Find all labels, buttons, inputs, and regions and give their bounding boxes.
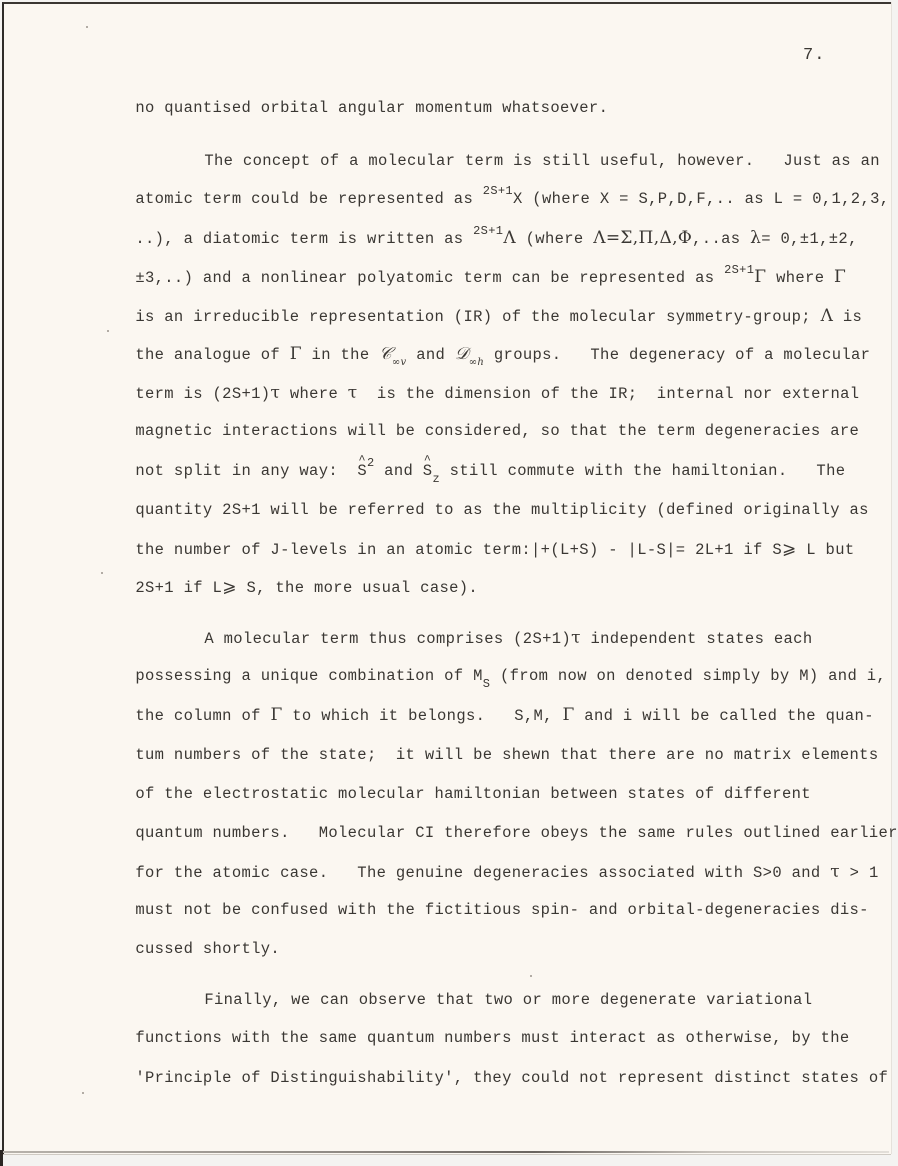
text-span: = 0,±1,±2, [761,230,858,248]
text-line: The concept of a molecular term is still… [185,131,880,171]
page-bottom-edge [2,1151,889,1153]
text-line: Finally, we can observe that two or more… [185,970,812,1010]
text-span: 'Principle of Distinguishability', they … [135,1069,888,1087]
gamma-symbol: Γ [834,267,846,287]
text-span: quantum numbers. Molecular CI therefore … [135,824,897,842]
text-span: of the electrostatic molecular hamiltoni… [135,785,811,803]
text-line: ..), a diatomic term is written as 2S+1Λ… [116,208,858,250]
text-line: the analogue of Γ in the 𝒞∞v and 𝒟∞h gro… [116,324,870,367]
greater-equal-symbol: ⩾ [222,577,237,597]
text-span: X (where X = S,P,D,F,.. as L = 0,1,2,3, [513,190,889,208]
superscript: 2S+1 [483,184,513,198]
text-span: The concept of a molecular term is still… [204,152,880,170]
text-line: of the electrostatic molecular hamiltoni… [116,764,811,804]
paper-speck [530,975,532,977]
text-span: still commute with the hamiltonian. The [440,462,845,480]
s-hat-operator: S [423,461,433,481]
gamma-symbol: Γ [290,344,302,364]
text-span: functions with the same quantum numbers … [135,1029,849,1047]
text-span: ±3,..) and a nonlinear polyatomic term c… [135,269,724,287]
text-span: ,..as [692,230,750,248]
text-span: the analogue of [135,346,289,364]
text-span: ..), a diatomic term is written as [135,230,473,248]
text-line: quantum numbers. Molecular CI therefore … [116,803,898,843]
text-span: tum numbers of the state; it will be she… [135,746,878,764]
text-line: 2S+1 if L⩾ S, the more usual case). [116,557,478,598]
d-infinity-h-group-symbol: 𝒟 [455,344,469,364]
text-span: not split in any way: [135,462,357,480]
greater-equal-symbol: ⩾ [782,539,797,559]
tau-symbol: τ [830,862,840,882]
text-line: functions with the same quantum numbers … [116,1008,850,1048]
text-span: quantity 2S+1 will be referred to as the… [135,501,869,519]
text-span: possessing a unique combination of M [135,667,482,685]
lambda-lower-symbol: λ [750,228,761,248]
text-line: magnetic interactions will be considered… [116,401,859,441]
text-span: must not be confused with the fictitious… [135,901,869,919]
text-span: and [375,462,423,480]
text-span: and [407,346,455,364]
text-line: ±3,..) and a nonlinear polyatomic term c… [116,247,846,289]
tau-symbol: τ [571,628,581,648]
text-line: 'Principle of Distinguishability', they … [116,1048,888,1088]
paper-speck [86,26,88,28]
paper-speck [107,330,109,332]
text-span: to which it belongs. S,M, [283,707,563,725]
text-span: the column of [135,707,270,725]
lambda-symbol: Λ [821,306,834,326]
text-span: groups. The degeneracy of a molecular [484,346,870,364]
superscript: 2 [367,456,375,470]
text-line: for the atomic case. The genuine degener… [116,842,879,883]
text-span: where [766,269,834,287]
text-span: |+(L+S) - |L-S|= 2L+1 if S [531,541,782,559]
text-line: the number of J-levels in an atomic term… [116,519,855,560]
c-infinity-v-group-symbol: 𝒞 [379,344,392,364]
greek-term-symbols: Λ=Σ,Π,Δ,Φ [593,228,692,248]
tau-symbol: τ [348,383,358,403]
page-number: 7. [803,46,825,65]
paper-speck [82,1092,84,1094]
text-span: cussed shortly. [135,940,280,958]
text-span: atomic term could be represented as [135,190,482,208]
text-span: (where [516,230,593,248]
text-span: and i will be called the quan- [575,707,874,725]
text-line: quantity 2S+1 will be referred to as the… [116,480,869,520]
text-span: no quantised orbital angular momentum wh… [135,99,608,117]
text-line: must not be confused with the fictitious… [116,880,869,920]
gamma-symbol: Γ [270,705,282,725]
text-span: in the [302,346,379,364]
text-line: atomic term could be represented as 2S+1… [116,169,889,210]
text-line: no quantised orbital angular momentum wh… [116,78,608,118]
text-line: term is (2S+1)τ where τ is the dimension… [116,363,859,404]
text-line: not split in any way: S2 and Sz still co… [116,441,845,482]
paper-speck [101,572,103,574]
text-line: A molecular term thus comprises (2S+1)τ … [185,608,812,649]
tau-symbol: τ [270,383,280,403]
text-span: S, the more usual case). [237,579,478,597]
lambda-symbol: Λ [503,228,516,248]
text-line: tum numbers of the state; it will be she… [116,725,878,765]
scan-shadow [0,1150,3,1166]
gamma-symbol: Γ [563,705,575,725]
text-span: 2S+1 if L [135,579,222,597]
text-span: Finally, we can observe that two or more… [204,991,812,1009]
s-hat-operator: S [357,461,367,481]
text-line: possessing a unique combination of MS (f… [116,646,886,687]
superscript: 2S+1 [724,263,754,277]
text-span: L but [797,541,855,559]
gamma-symbol: Γ [754,267,766,287]
text-line: the column of Γ to which it belongs. S,M… [116,685,874,726]
text-line: cussed shortly. [116,919,280,959]
text-span: magnetic interactions will be considered… [135,422,859,440]
superscript: 2S+1 [473,224,503,238]
text-span: (from now on denoted simply by M) and i, [490,667,886,685]
text-line: is an irreducible representation (IR) of… [116,286,862,327]
